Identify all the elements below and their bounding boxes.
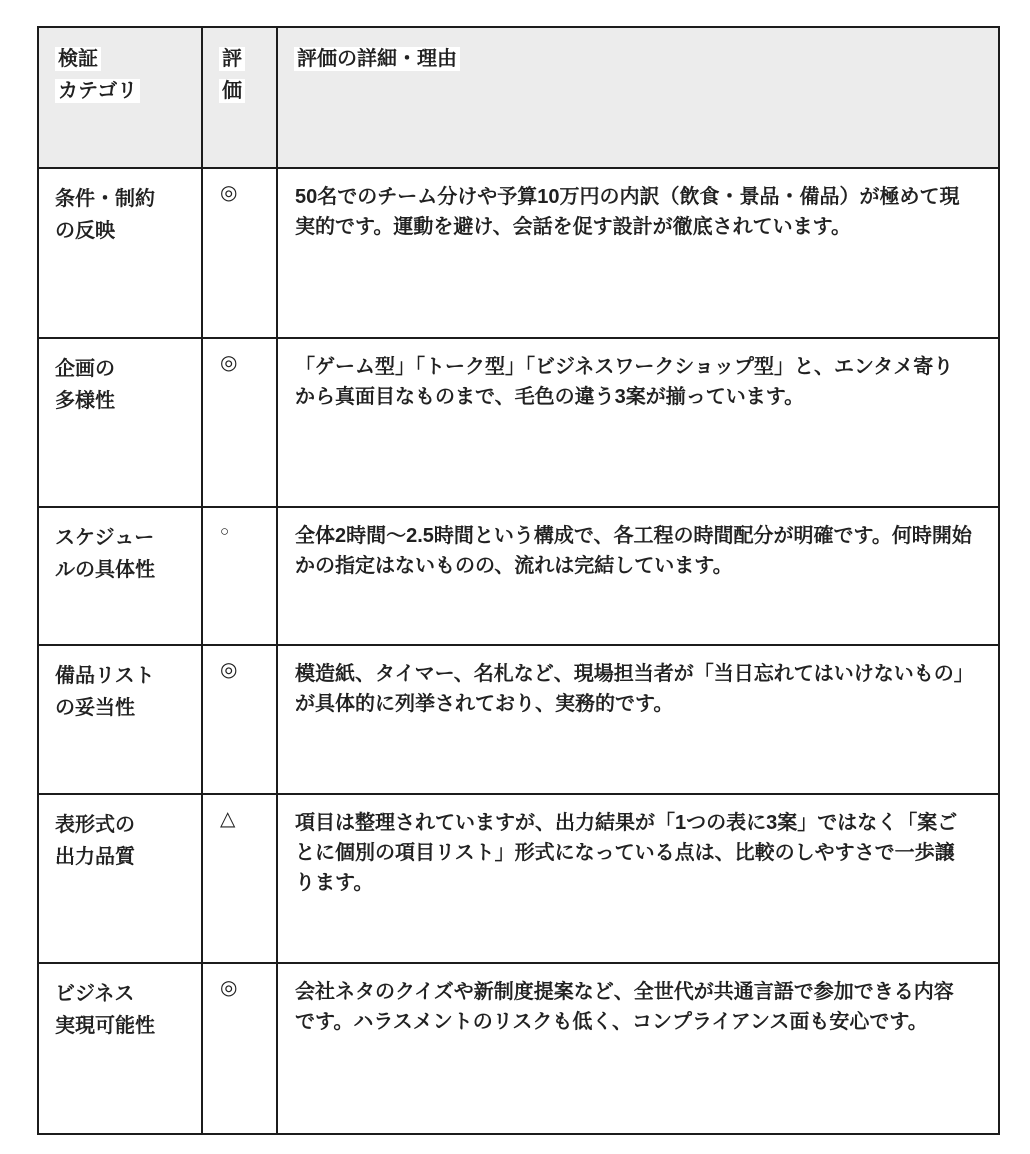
detail-cell: 全体2時間〜2.5時間という構成で、各工程の時間配分が明確です。何時開始かの指定… bbox=[277, 507, 999, 645]
table-row: スケジュー ルの具体性 ○ 全体2時間〜2.5時間という構成で、各工程の時間配分… bbox=[38, 507, 999, 645]
evaluation-table: 検証 カテゴリ 評 価 評価の詳細・理由 条件・制約 の反映 ◎ 50名でのチー… bbox=[37, 26, 1000, 1135]
rating-symbol: ◎ bbox=[220, 977, 237, 999]
detail-cell: 会社ネタのクイズや新制度提案など、全世代が共通言語で参加できる内容です。ハラスメ… bbox=[277, 963, 999, 1134]
table-header-row: 検証 カテゴリ 評 価 評価の詳細・理由 bbox=[38, 27, 999, 168]
detail-cell: 「ゲーム型」「トーク型」「ビジネスワークショップ型」と、エンタメ寄りから真面目な… bbox=[277, 338, 999, 507]
category-cell: 条件・制約 の反映 bbox=[38, 168, 202, 338]
document-page: 検証 カテゴリ 評 価 評価の詳細・理由 条件・制約 の反映 ◎ 50名でのチー… bbox=[0, 0, 1030, 1154]
rating-cell: ◎ bbox=[202, 963, 277, 1134]
detail-cell: 50名でのチーム分けや予算10万円の内訳（飲食・景品・備品）が極めて現実的です。… bbox=[277, 168, 999, 338]
table-row: 表形式の 出力品質 △ 項目は整理されていますが、出力結果が「1つの表に3案」で… bbox=[38, 794, 999, 963]
header-cell-rating: 評 価 bbox=[202, 27, 277, 168]
table-row: 条件・制約 の反映 ◎ 50名でのチーム分けや予算10万円の内訳（飲食・景品・備… bbox=[38, 168, 999, 338]
detail-cell: 模造紙、タイマー、名札など、現場担当者が「当日忘れてはいけないもの」が具体的に列… bbox=[277, 645, 999, 794]
rating-symbol: ◎ bbox=[220, 182, 237, 204]
header-detail-label: 評価の詳細・理由 bbox=[294, 47, 460, 71]
header-cell-detail: 評価の詳細・理由 bbox=[277, 27, 999, 168]
rating-cell: ◎ bbox=[202, 645, 277, 794]
header-rating-label: 評 価 bbox=[219, 47, 245, 103]
rating-symbol: ◎ bbox=[220, 659, 237, 681]
header-cell-category: 検証 カテゴリ bbox=[38, 27, 202, 168]
detail-cell: 項目は整理されていますが、出力結果が「1つの表に3案」ではなく「案ごとに個別の項… bbox=[277, 794, 999, 963]
rating-cell: ○ bbox=[202, 507, 277, 645]
table-row: 企画の 多様性 ◎ 「ゲーム型」「トーク型」「ビジネスワークショップ型」と、エン… bbox=[38, 338, 999, 507]
category-cell: スケジュー ルの具体性 bbox=[38, 507, 202, 645]
table-row: 備品リスト の妥当性 ◎ 模造紙、タイマー、名札など、現場担当者が「当日忘れては… bbox=[38, 645, 999, 794]
category-cell: ビジネス 実現可能性 bbox=[38, 963, 202, 1134]
category-cell: 企画の 多様性 bbox=[38, 338, 202, 507]
category-cell: 表形式の 出力品質 bbox=[38, 794, 202, 963]
rating-symbol: ◎ bbox=[220, 352, 237, 374]
rating-symbol: △ bbox=[220, 808, 235, 830]
rating-cell: ◎ bbox=[202, 168, 277, 338]
header-category-label: 検証 カテゴリ bbox=[55, 47, 140, 103]
rating-cell: ◎ bbox=[202, 338, 277, 507]
category-cell: 備品リスト の妥当性 bbox=[38, 645, 202, 794]
rating-symbol: ○ bbox=[220, 523, 229, 540]
rating-cell: △ bbox=[202, 794, 277, 963]
table-row: ビジネス 実現可能性 ◎ 会社ネタのクイズや新制度提案など、全世代が共通言語で参… bbox=[38, 963, 999, 1134]
